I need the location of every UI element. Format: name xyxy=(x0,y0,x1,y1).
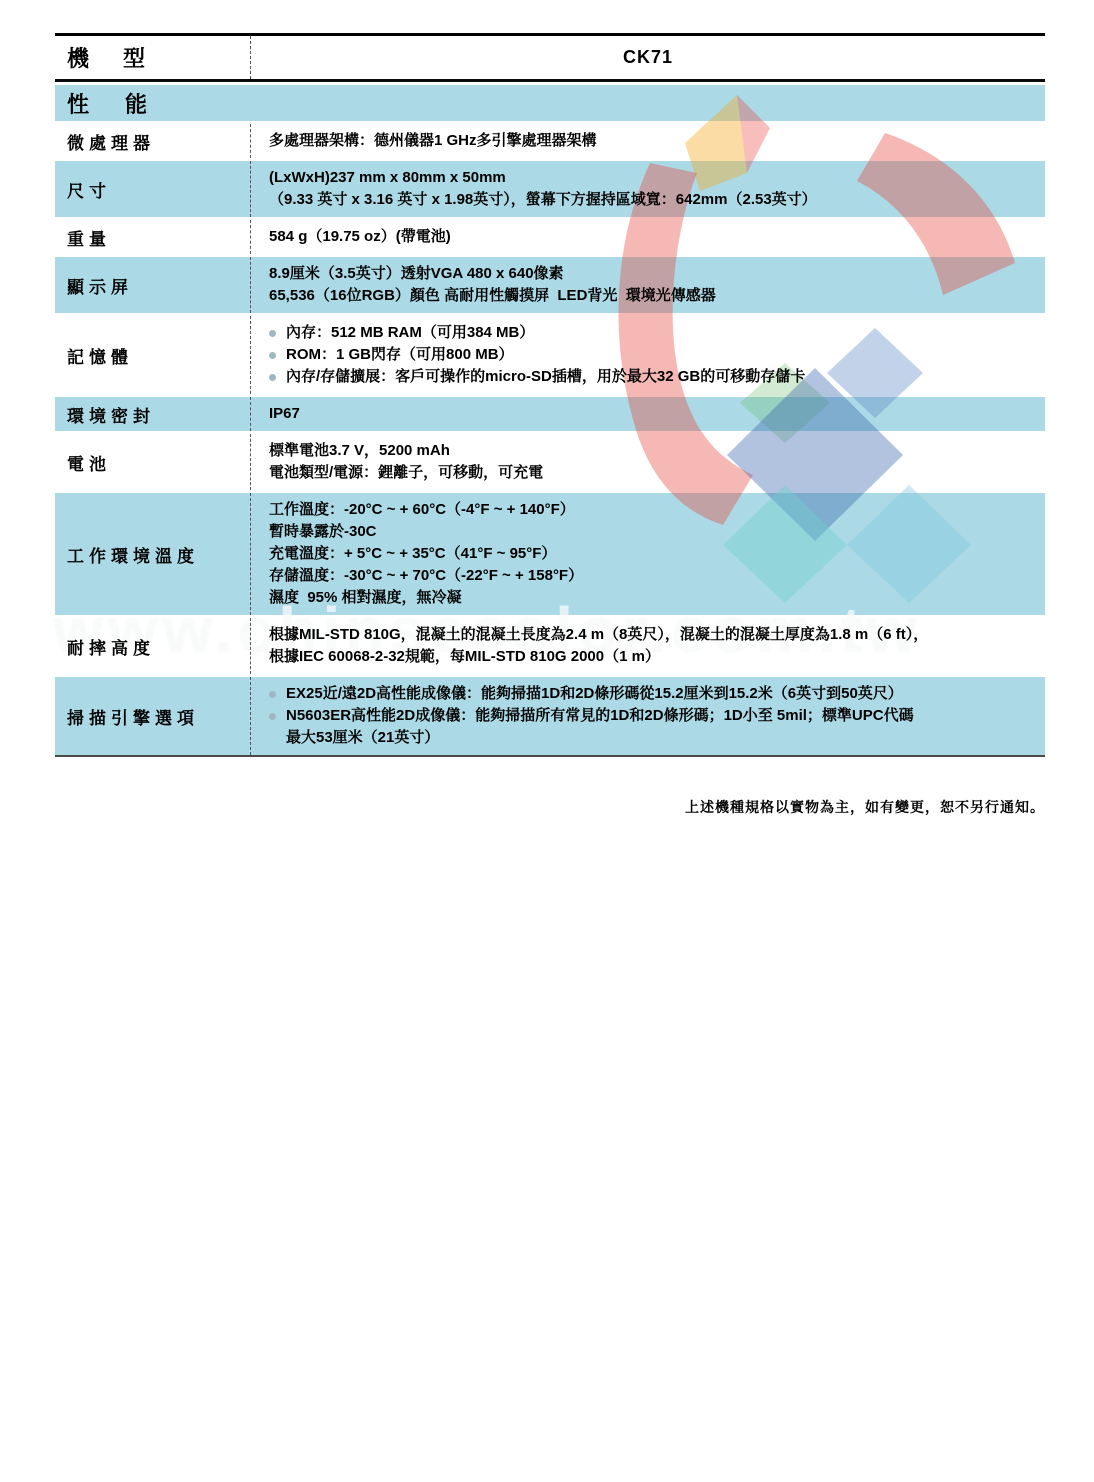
row-label: 工作環境溫度 xyxy=(55,493,250,615)
content-line: 8.9厘米（3.5英寸）透射VGA 480 x 640像素 xyxy=(269,263,1033,285)
row-label: 耐摔高度 xyxy=(55,618,250,674)
model-label: 機 型 xyxy=(55,36,250,79)
bullet-dot-icon xyxy=(269,691,276,698)
row-label: 電池 xyxy=(55,434,250,490)
bullet-dot-icon xyxy=(269,713,276,720)
row-label: 尺寸 xyxy=(55,161,250,217)
bullet-item: 內存：512 MB RAM（可用384 MB） xyxy=(269,322,1033,344)
row-content: 標準電池3.7 V，5200 mAh電池類型/電源：鋰離子，可移動，可充電 xyxy=(250,434,1045,490)
content-line: 濕度 95% 相對濕度，無冷凝 xyxy=(269,587,1033,609)
spec-row: 微處理器多處理器架構：德州儀器1 GHz多引擎處理器架構 xyxy=(55,124,1045,161)
bullet-item: 內存/存儲擴展：客戶可操作的micro-SD插槽，用於最大32 GB的可移動存儲… xyxy=(269,366,1033,388)
content-line: （9.33 英寸 x 3.16 英寸 x 1.98英寸），螢幕下方握持區域寬：6… xyxy=(269,189,1033,211)
bullet-dot-icon xyxy=(269,330,276,337)
content-line: 標準電池3.7 V，5200 mAh xyxy=(269,440,1033,462)
bullet-dot-icon xyxy=(269,352,276,359)
model-row: 機 型 CK71 xyxy=(55,36,1045,82)
row-label: 微處理器 xyxy=(55,124,250,158)
bullet-list: 內存：512 MB RAM（可用384 MB）ROM：1 GB閃存（可用800 … xyxy=(269,322,1033,388)
content-line: 工作溫度：-20°C ~ + 60°C（-4°F ~ + 140°F） xyxy=(269,499,1033,521)
row-content: 多處理器架構：德州儀器1 GHz多引擎處理器架構 xyxy=(250,124,1045,158)
content-line: 多處理器架構：德州儀器1 GHz多引擎處理器架構 xyxy=(269,130,1033,152)
spec-row: 顯示屏8.9厘米（3.5英寸）透射VGA 480 x 640像素65,536（1… xyxy=(55,257,1045,316)
model-value: CK71 xyxy=(250,36,1045,79)
spec-row: 尺寸(LxWxH)237 mm x 80mm x 50mm（9.33 英寸 x … xyxy=(55,161,1045,220)
bullet-item: EX25近/遠2D高性能成像儀：能夠掃描1D和2D條形碼從15.2厘米到15.2… xyxy=(269,683,1033,705)
footer-note: 上述機種規格以實物為主，如有變更，恕不另行通知。 xyxy=(55,797,1045,817)
content-line: 根據MIL-STD 810G，混凝土的混凝土長度為2.4 m（8英尺），混凝土的… xyxy=(269,624,1033,646)
section-title: 性 能 xyxy=(67,88,154,119)
bullet-item: N5603ER高性能2D成像儀：能夠掃描所有常見的1D和2D條形碼；1D小至 5… xyxy=(269,705,1033,749)
bullet-list: EX25近/遠2D高性能成像儀：能夠掃描1D和2D條形碼從15.2厘米到15.2… xyxy=(269,683,1033,749)
bullet-item: ROM：1 GB閃存（可用800 MB） xyxy=(269,344,1033,366)
content-line: 暫時暴露於-30C xyxy=(269,521,1033,543)
row-label: 掃描引擎選項 xyxy=(55,677,250,755)
spec-row: 電池標準電池3.7 V，5200 mAh電池類型/電源：鋰離子，可移動，可充電 xyxy=(55,434,1045,493)
spec-rows: 微處理器多處理器架構：德州儀器1 GHz多引擎處理器架構尺寸(LxWxH)237… xyxy=(55,124,1045,757)
row-content: IP67 xyxy=(250,397,1045,431)
row-label: 記憶體 xyxy=(55,316,250,394)
row-label: 重量 xyxy=(55,220,250,254)
content-line: 65,536（16位RGB）顏色 高耐用性觸摸屏 LED背光 環境光傳感器 xyxy=(269,285,1033,307)
row-content: 8.9厘米（3.5英寸）透射VGA 480 x 640像素65,536（16位R… xyxy=(250,257,1045,313)
bullet-dot-icon xyxy=(269,374,276,381)
content-line: 根據IEC 60068-2-32規範，每MIL-STD 810G 2000（1 … xyxy=(269,646,1033,668)
section-header: 性 能 xyxy=(55,85,1045,121)
spec-row: 環境密封IP67 xyxy=(55,397,1045,434)
content-line: (LxWxH)237 mm x 80mm x 50mm xyxy=(269,167,1033,189)
row-label: 顯示屏 xyxy=(55,257,250,313)
row-label: 環境密封 xyxy=(55,397,250,431)
content-line: 存儲溫度：-30°C ~ + 70°C（-22°F ~ + 158°F） xyxy=(269,565,1033,587)
spec-row: 重量584 g（19.75 oz）(帶電池) xyxy=(55,220,1045,257)
row-content: EX25近/遠2D高性能成像儀：能夠掃描1D和2D條形碼從15.2厘米到15.2… xyxy=(250,677,1045,755)
content-line: 充電溫度：+ 5°C ~ + 35°C（41°F ~ 95°F） xyxy=(269,543,1033,565)
row-content: 根據MIL-STD 810G，混凝土的混凝土長度為2.4 m（8英尺），混凝土的… xyxy=(250,618,1045,674)
spec-row: 工作環境溫度工作溫度：-20°C ~ + 60°C（-4°F ~ + 140°F… xyxy=(55,493,1045,618)
spec-row: 掃描引擎選項EX25近/遠2D高性能成像儀：能夠掃描1D和2D條形碼從15.2厘… xyxy=(55,677,1045,755)
spec-row: 記憶體內存：512 MB RAM（可用384 MB）ROM：1 GB閃存（可用8… xyxy=(55,316,1045,397)
content-line: IP67 xyxy=(269,403,1033,425)
row-content: 工作溫度：-20°C ~ + 60°C（-4°F ~ + 140°F）暫時暴露於… xyxy=(250,493,1045,615)
spec-sheet: www.chinsecolor.com.tw 機 型 CK71 性 能 微處理器… xyxy=(55,33,1045,817)
row-content: 584 g（19.75 oz）(帶電池) xyxy=(250,220,1045,254)
spec-row: 耐摔高度根據MIL-STD 810G，混凝土的混凝土長度為2.4 m（8英尺），… xyxy=(55,618,1045,677)
content-line: 584 g（19.75 oz）(帶電池) xyxy=(269,226,1033,248)
spec-table: 機 型 CK71 性 能 微處理器多處理器架構：德州儀器1 GHz多引擎處理器架… xyxy=(55,33,1045,757)
row-content: (LxWxH)237 mm x 80mm x 50mm（9.33 英寸 x 3.… xyxy=(250,161,1045,217)
row-content: 內存：512 MB RAM（可用384 MB）ROM：1 GB閃存（可用800 … xyxy=(250,316,1045,394)
content-line: 電池類型/電源：鋰離子，可移動，可充電 xyxy=(269,462,1033,484)
